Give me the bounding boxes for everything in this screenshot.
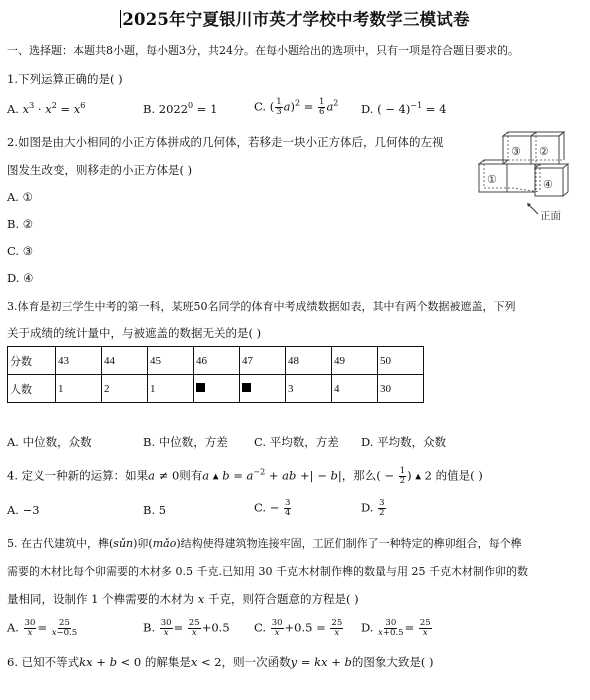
question-5-stem-line3: 量相同，设制作 1 个榫需要的木材为 x 千克，则符合题意的方程是( ) [7, 591, 359, 607]
q4-option-a[interactable]: A. −3 [7, 503, 40, 517]
masked-value-icon [242, 383, 251, 392]
table-cell: 45 [148, 347, 194, 375]
table-row: 分数 43 44 45 46 47 48 49 50 [8, 347, 424, 375]
q3-option-c[interactable]: C. 平均数，方差 [254, 434, 339, 450]
q2-option-a[interactable]: A. ① [7, 190, 33, 204]
question-5-stem-line2: 需要的木材比每个卯需要的木材多 0.5 千克.已知用 30 千克木材制作榫的数量… [7, 563, 528, 579]
question-number: 2. [7, 135, 18, 149]
q1-option-c[interactable]: C. (13a)2 = 16a2 [254, 98, 338, 117]
table-cell: 49 [332, 347, 378, 375]
q3-option-d[interactable]: D. 平均数，众数 [361, 434, 446, 450]
table-cell: 50 [378, 347, 424, 375]
q1-option-d[interactable]: D. ( − 4)−1 = 4 [361, 101, 446, 116]
table-cell: 43 [56, 347, 102, 375]
q2-option-c[interactable]: C. ③ [7, 244, 33, 258]
table-cell: 46 [194, 347, 240, 375]
q1-option-a[interactable]: A. x3 · x2 = x6 [7, 101, 85, 116]
q3-option-a[interactable]: A. 中位数，众数 [7, 434, 92, 450]
question-3-stem-line2: 关于成绩的统计量中，与被遮盖的数据无关的是( ) [7, 325, 261, 341]
question-5-stem-line1: 5. 在古代建筑中，榫(sǔn)卯(mǎo)结构使得建筑物连接牢固，工匠们制作了… [7, 535, 522, 551]
table-cell: 1 [56, 375, 102, 403]
question-2-stem-line2: 图发生改变，则移走的小正方体是( ) [7, 162, 192, 178]
table-cell: 48 [286, 347, 332, 375]
row-header: 人数 [8, 375, 56, 403]
q4-option-d[interactable]: D. 32 [361, 499, 387, 518]
q4-option-c[interactable]: C. − 34 [254, 499, 292, 518]
question-1-stem: 1.下列运算正确的是( ) [7, 71, 123, 87]
row-header: 分数 [8, 347, 56, 375]
question-3-stem-line1: 3.体育是初三学生中考的第一科，某班50名同学的体育中考成绩数据如表，其中有两个… [7, 298, 516, 314]
table-cell: 1 [148, 375, 194, 403]
table-cell: 30 [378, 375, 424, 403]
cube-label-2: ② [539, 145, 549, 158]
question-2-stem-line1: 2.如图是由大小相同的小正方体拼成的几何体，若移走一块小正方体后，几何体的左视 [7, 134, 443, 150]
cube-label-1: ① [487, 173, 497, 186]
q5-option-d[interactable]: D. 30x+0.5= 25x [361, 619, 433, 638]
q1-option-b[interactable]: B. 20220 = 1 [143, 101, 217, 116]
q5-option-a[interactable]: A. 30x= 25x−0.5 [7, 619, 78, 638]
table-cell: 44 [102, 347, 148, 375]
question-text: 如图是由大小相同的小正方体拼成的几何体，若移走一块小正方体后，几何体的左视 [18, 135, 444, 149]
scores-table: 分数 43 44 45 46 47 48 49 50 人数 1 2 1 3 4 … [7, 346, 424, 403]
question-number: 3. [7, 300, 18, 313]
cube-label-4: ④ [543, 178, 553, 191]
table-cell: 4 [332, 375, 378, 403]
question-number: 1. [7, 72, 18, 86]
q3-option-b[interactable]: B. 中位数，方差 [143, 434, 228, 450]
table-cell: 47 [240, 347, 286, 375]
question-6-stem: 6. 已知不等式kx + b < 0 的解集是x < 2，则一次函数y = kx… [7, 654, 434, 670]
table-cell: 3 [286, 375, 332, 403]
question-4-stem: 4. 定义一种新的运算：如果a ≠ 0则有a ▴ b = a−2 + ab +|… [7, 467, 483, 486]
q2-option-b[interactable]: B. ② [7, 217, 33, 231]
q2-option-d[interactable]: D. ④ [7, 271, 33, 285]
table-cell-masked [194, 375, 240, 403]
table-cell-masked [240, 375, 286, 403]
question-text: 体育是初三学生中考的第一科，某班50名同学的体育中考成绩数据如表，其中有两个数据… [18, 300, 516, 313]
table-row: 人数 1 2 1 3 4 30 [8, 375, 424, 403]
cube-label-3: ③ [511, 145, 521, 158]
cube-figure: ③ ② ① ④ 正面 [476, 130, 586, 225]
question-text: 下列运算正确的是( ) [18, 72, 123, 86]
title-text: 2025年宁夏银川市英才学校中考数学三模试卷 [122, 10, 469, 29]
table-cell: 2 [102, 375, 148, 403]
page-title: 2025年宁夏银川市英才学校中考数学三模试卷 [0, 6, 590, 30]
q4-option-b[interactable]: B. 5 [143, 503, 166, 517]
masked-value-icon [196, 383, 205, 392]
q5-option-b[interactable]: B. 30x= 25x+0.5 [143, 619, 230, 638]
q5-option-c[interactable]: C. 30x+0.5 = 25x [254, 619, 344, 638]
front-label: 正面 [540, 210, 561, 222]
section-heading: 一、选择题：本题共8小题，每小题3分，共24分。在每小题给出的选项中，只有一项是… [7, 42, 519, 58]
